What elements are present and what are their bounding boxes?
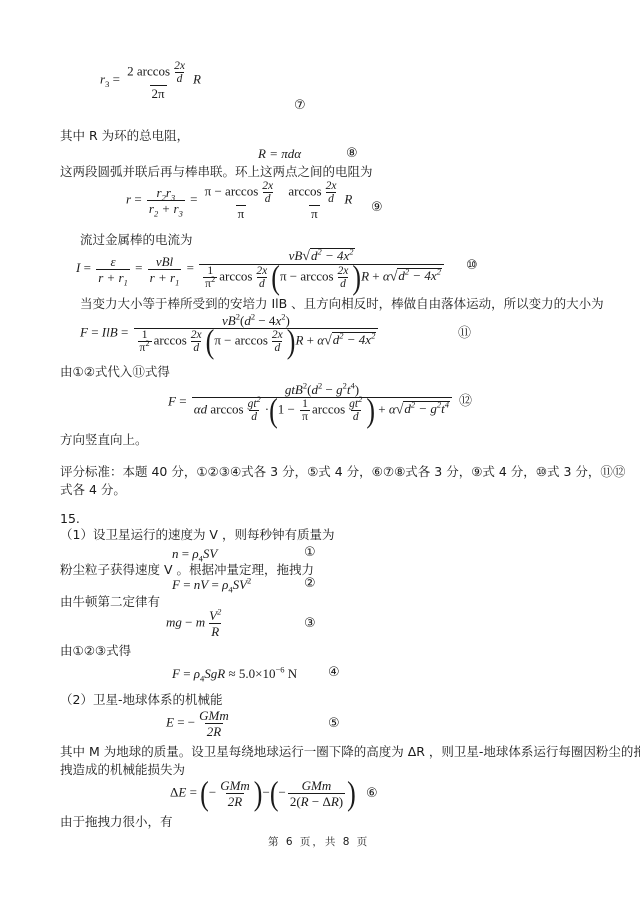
q15-part1-dust: 粉尘粒子获得速度 V 。根据冲量定理，拖拽力 bbox=[60, 562, 314, 578]
question-15-number: 15. bbox=[60, 511, 80, 527]
page-footer: 第 6 页，共 8 页 bbox=[268, 834, 369, 850]
equation-marker-12: ⑫ bbox=[459, 390, 472, 409]
q15-equation-marker-4: ④ bbox=[328, 665, 340, 680]
q15-equation-3: mg − mV2R bbox=[166, 608, 225, 639]
q15-equation-marker-3: ③ bbox=[304, 616, 316, 631]
equation-9: r = r2r3r2 + r3 = π − arccos2xdπ arccos2… bbox=[126, 180, 352, 221]
equation-11: F = IlB = vB2(d2 − 4x2) 1π2arccos2xd(π −… bbox=[80, 313, 380, 354]
q15-part1-newton: 由牛顿第二定律有 bbox=[60, 594, 160, 610]
q15-equation-1: n = ρ4SV bbox=[172, 546, 217, 562]
equation-marker-10: ⑩ bbox=[466, 258, 478, 273]
q15-equation-5: E = −GMm2R bbox=[166, 708, 233, 739]
q15-equation-marker-2: ② bbox=[304, 576, 316, 591]
q15-part2-mass-line-1: 其中 M 为地球的质量。设卫星每绕地球运行一圈下降的高度为 ΔR ，则卫星-地球… bbox=[60, 744, 640, 760]
equation-marker-11: ⑪ bbox=[458, 322, 471, 341]
q15-part2-mass-line-2: 拽造成的机械能损失为 bbox=[60, 762, 185, 778]
text-parallel: 这两段圆弧并联后再与棒串联。环上这两点之间的电阻为 bbox=[60, 164, 373, 180]
q15-equation-4: F = ρ4SgR ≈ 5.0×10−6 N bbox=[172, 666, 297, 682]
equation-8: R = πdα bbox=[258, 146, 301, 162]
equation-marker-8: ⑧ bbox=[346, 146, 358, 161]
text-current: 流过金属棒的电流为 bbox=[80, 232, 193, 248]
scoring-criteria-line-2: 式各 4 分。 bbox=[60, 482, 126, 498]
text-substitute: 由①②式代入⑪式得 bbox=[60, 364, 170, 380]
q15-equation-2: F = nV = ρ4SV2 bbox=[172, 577, 251, 593]
equation-12: F = gtB2(d2 − g2t4) αd arccosgt2d·(1 − 1… bbox=[168, 382, 454, 423]
q15-equation-marker-5: ⑤ bbox=[328, 716, 340, 731]
text-direction: 方向竖直向上。 bbox=[60, 432, 148, 448]
q15-part2-small-drag: 由于拖拽力很小，有 bbox=[60, 814, 173, 830]
scoring-criteria-line-1: 评分标准：本题 40 分，①②③④式各 3 分，⑤式 4 分，⑥⑦⑧式各 3 分… bbox=[60, 464, 625, 480]
equation-marker-7: ⑦ bbox=[294, 98, 306, 113]
q15-part1-intro: （1）设卫星运行的速度为 V ，则每秒钟有质量为 bbox=[60, 527, 334, 543]
equation-marker-9: ⑨ bbox=[371, 200, 383, 215]
equation-7: r3 = 2 arccos2xd2πR bbox=[100, 60, 201, 101]
q15-equation-marker-6: ⑥ bbox=[366, 786, 378, 801]
equation-10: I = εr + r1 = vBlr + r1 = vB√d2 − 4x2 1π… bbox=[76, 248, 446, 290]
q15-equation-6: ΔE = (−GMm2R)−(−GMm2(R − ΔR)) bbox=[170, 778, 356, 809]
q15-part1-combine: 由①②③式得 bbox=[60, 643, 131, 659]
q15-part2-intro: （2）卫星-地球体系的机械能 bbox=[60, 692, 222, 708]
text-force: 当变力大小等于棒所受到的安培力 IlB 、且方向相反时，棒做自由落体运动，所以变… bbox=[80, 296, 604, 312]
text-r-definition: 其中 R 为环的总电阻， bbox=[60, 128, 189, 144]
q15-equation-marker-1: ① bbox=[304, 545, 316, 560]
